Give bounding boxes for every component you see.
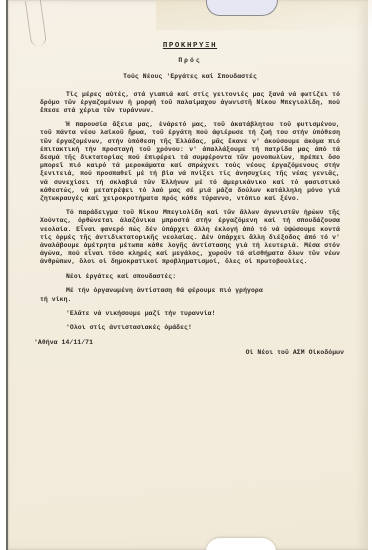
closing-paragraph-continuation: τή νίκη. (40, 296, 340, 304)
scanned-paper-page: ΠΡΟΚΗΡΥΞΗ Πρός Τούς Νέους 'Εργάτες καί Σ… (6, 0, 368, 550)
document-footer: 'Αθήνα 14/11/71 Οἱ Νέοι τοῦ ΑΣΜ Οἰκοδόμω… (40, 339, 340, 357)
document-title: ΠΡΟΚΗΡΥΞΗ (40, 42, 340, 50)
call-line: Νέοι ἐργάτες καί σπουδαστές: (40, 273, 340, 281)
document-addressee: Τούς Νέους 'Εργάτες καί Σπουδαστές (40, 73, 340, 81)
torn-hole-bottom (206, 538, 276, 550)
document-body: ΠΡΟΚΗΡΥΞΗ Πρός Τούς Νέους 'Εργάτες καί Σ… (40, 42, 340, 357)
slogan-2: 'Ολοι στίς ἀντιστασιακές ὁμάδες! (40, 324, 340, 332)
pencil-mark (25, 0, 47, 47)
closing-paragraph: Μέ τήν ὀργανωμένη ἀντίσταση θά φέρουμε π… (40, 287, 340, 295)
document-signature: Οἱ Νέοι τοῦ ΑΣΜ Οἰκοδόμων (246, 349, 344, 357)
document-subtitle: Πρός (40, 57, 340, 65)
paragraph-2: Ἡ παρουσία ἄξεια μας, ἐνάρετό μας, τοῦ ἀ… (40, 121, 340, 203)
paragraph-1: Τίς μέρες αὐτές, στά γιαπιά καί στίς γει… (40, 91, 340, 116)
document-date: 'Αθήνα 14/11/71 (34, 339, 93, 357)
slogan-1: 'Ελᾶτε νά νικήσουμε μαζί τήν τυραννία! (40, 310, 340, 318)
paragraph-3: Τό παράδειγμα τοῦ Νίκου Μπεγιολίδη καί τ… (40, 209, 340, 266)
torn-hole-top (206, 0, 278, 16)
